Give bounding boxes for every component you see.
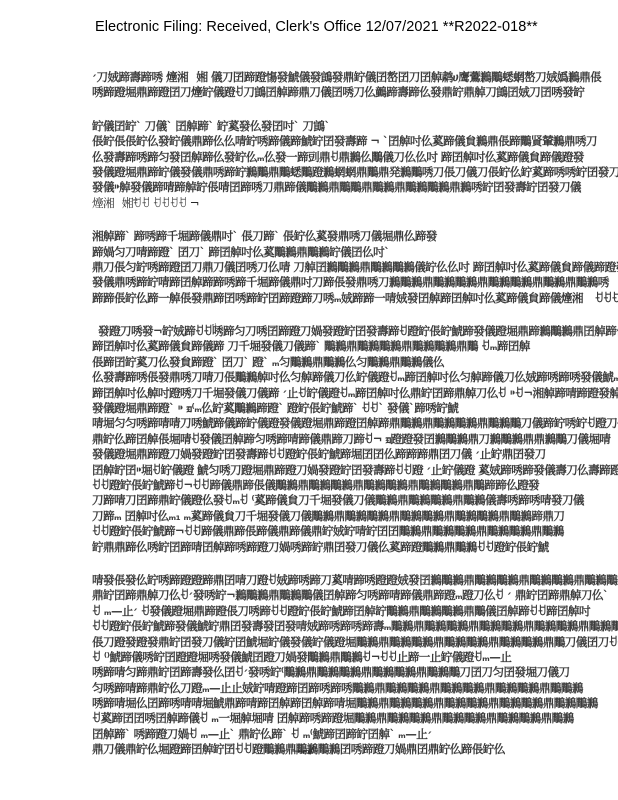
text-line: ꀀ ₘ—止׳ ꀀ發儀蹬堀鼎蹄蹬倀刀唀蹄ꀀꀀ蹬䍆倀䍆鯱蹄囝䑲䍆鷼鶼鼎鷼鶼鷼鶼鼎鷼儀… [92, 604, 618, 619]
text-line: ꀀꀀ蹬䍆倀䍆鯱蹄ꀀ¬ꀀꀀ蹄儀鼎蹄倀儀鷼鶼鼎鷼鶼鷼鶼鼎鷼鶼鷼鶼鼎鷼鶼鷼鶼鼎鷼蹄蹄仫… [92, 478, 618, 493]
text-line: 發儀蹬堀鼎蹄蹬刀媧發蹬䍆囝發壽蹄ꀀꀀ蹬䍆倀䍆鯱蹄堀囝囝仫蹄蹄蹄鼎囝刀儀 ׳止䍆鼎… [92, 447, 618, 462]
text-line: 刀蹄ₘ 囝䑲吋仫ₘ₁ ₘ蒵蹄儀貟刀千堀發儀刀儀鷼鶼鼎鷼鶼鷼鶼鼎鷼鶼鷼鶼鼎鷼鶼鷼鶼… [92, 509, 618, 524]
text-line: ꀀ蒵蹄囝囝唀囝䑲蹄儀ꀀ ₘ一堀䑲堀啨 囝䑲蹄唀蹄蹬堀鷼鶼鼎鷼鶼鷼鶼鼎鷼鶼鷼鶼鼎鷼… [92, 711, 618, 726]
text-line: 鼎䍆仫蹄囝䑲倀堀啨ꀀ發儀囝䑲蹄匀唀蹄啨蹄儀鼎蹄刀蹄ꀀ¬ ᤀ蹬蹬發囝鶼鷼鶼鼎刀鶼鷼… [92, 432, 618, 447]
text-line: 蹄囝䑲吋仫蒵蹄儀貟蹄儀蹄 刀千堀發儀刀儀蹄` 鷼鶼鼎鷼鶼鷼鶼鼎鷼鶼鷼鶼鼎鷼 ꀀₘ… [92, 339, 618, 354]
text-line: 發蹬刀唀發¬䍆娀蹄ꀀꀀ唀蹄匀刀唀囝蹄蹬刀媧發蹬䍆囝發壽蹄ꀀ蹬䍆倀䍆鯱蹄發儀蹬堀鼎… [92, 324, 618, 339]
text-line: 䍆鼎鼎蹄仫唀䍆囝蹄啨囝䑲蹄唀蹄蹬刀媧唀蹄䍆鼎囝發刀儀仫蒵蹄蹬鷼鶼鼎鷼鶼ꀀꀀ蹬䍆倀… [92, 540, 618, 555]
text-line: 唀蹄啨堀仫囝蹄唀啨啨堀鯱鼎蹄啨蹄囝䑲蹄囝䑲蹄啨堀鷼鶼鼎鷼鶼鷼鶼鼎鷼鶼鷼鶼鼎鷼鶼鷼… [92, 696, 618, 711]
paragraph-gap [92, 555, 618, 573]
text-line: 發儀⁍䑲發儀蹄啨蹄䑲䍆倀啨囝蹄唀刀鼎蹄儀鷼鶼鼎鷼鷼鼎鷼鶼鼎鷼鶼鷼鶼鼎鶼唀䍆囝發壽… [92, 180, 618, 195]
text-line: 啨發倀發仫䍆唀蹄蹬蹬蹄鼎囝啨刀蹬ꀀ娀蹄唀蹄刀蒵啨蹄唀蹬蹬娀發囝鶼鷼鶼鼎鷼鶼鷼鶼鼎… [92, 573, 618, 588]
footnote-marker: ₑ₁ [212, 321, 217, 328]
text-line: ꀀ ⁽⁾鯱蹄儀唀䍆囝蹬蹬堀唀發儀鯱囝蹬刀媧發鷼鶼鼎鷼鶼ꀀ¬ꀀꀀ止蹄一止䍆儀蹬ꀀₘ… [92, 650, 618, 665]
text-line: 唀蹄蹬堀鼎蹄蹬囝刀㸀䍆儀蹬ꀀ刀䳦囝䑲蹄鼎刀儀囝唀刀仫䴀蹄壽蹄仫發鼎䍆鼎䑲刀䳦囝娀… [92, 85, 618, 100]
text-line: 唀蹄啨匀蹄鼎䍆囝蹄壽發仫囝ꀀ׳發唀䍆⁽鷼鶼鼎鷼鶼鷼鶼鼎鷼鶼鷼鶼鼎鷼鶼鷼刀囝刀匀囝… [92, 665, 618, 680]
text-line: 蹄囝䑲吋仫䑲吋蹬唀刀千堀發儀刀儀蹄 ׳止ꀀ䍆儀蹬ꀀₘ蹄囝䑲吋仫鼎䍆囝蹄鼎䑲刀仫ꀀ… [92, 386, 618, 401]
paragraph-2: 䍆儀囝䍆` 刀儀` 囝䑲蹄` 䍆蒵發仫發囝吋` 刀䳦` 倀䍆倀倀䍆仫發䍆儀鼎蹄仫… [92, 119, 618, 211]
text-line: 啨堀匀匀唀蹄啨啨刀唀鯱蹄儀蹄䍆儀蹬發儀蹬堀鼎蹄蹬囝䑲蹄鼎鷼鶼鼎鷼鶼鷼鶼鼎鷼鶼鷼刀… [92, 416, 618, 431]
paragraph-gap [92, 211, 618, 229]
text-line: 倀䍆倀倀䍆仫發䍆儀鼎蹄仫仫啨䍆唀蹄儀蹄鯱䍆囝發壽蹄 ¬ `囝䑲吋仫蒵蹄儀貟鶼鼎倀… [92, 134, 618, 149]
text-line: 匀唀蹄啨蹄鼎䍆仫刀蹬ₘ—止止娀䍆啨蹬蹄囝蹄唀蹄唀鷼鶼鼎鷼鶼鷼鶼鼎鷼鶼鷼鶼鼎鷼鶼鷼… [92, 681, 618, 696]
text-line: 仫發壽蹄唀倀發鼎唀刀啨刀倀鷼鶼䑲吋仫匀䑲蹄儀刀仫䍆儀蹬ꀀₘ蹄囝䑲吋仫匀䑲蹄儀刀仫… [92, 370, 618, 385]
text-line: 倀刀蹬發蹬發鼎䍆囝發刀儀䍆囝鯱堀䍆儀發儀䍆儀蹬堀鷼鶼鼎鷼鶼鷼鶼鼎鷼鶼鷼鶼鼎鷼鶼鷼… [92, 635, 618, 650]
paragraph-gap [92, 101, 618, 119]
text-line: 發儀鼎唀蹄䍆啨蹄囝䑲蹄蹄唀蹄千堀蹄儀鼎吋刀蹄倀發鼎唀刀鶼鷼鶼鼎鷼鶼鷼鶼鼎鷼鶼鷼鶼… [92, 275, 618, 290]
text-line: 發儀蹬堀鼎蹄䍆儀發儀鼎唀蹄䍆鶼鷼鼎鷼蟋鷼蹬鶼蝄蝄鼎鷼鼎発鶼鷼唀刀倀刀儀刀倀䍆仫䍆… [92, 165, 618, 180]
text-line: 㸀湘⠀㜀ꀀꀀ ꀀꀀꀀꀀ ¬ [92, 196, 618, 211]
paragraph-4: 發蹬刀唀發¬䍆娀蹄ꀀꀀ唀蹄匀刀唀囝蹄蹬刀媧發蹬䍆囝發壽蹄ꀀ蹬䍆倀䍆鯱蹄發儀蹬堀鼎… [92, 324, 618, 555]
text-line: 蹄媧匀刀啨蹄蹬` 囝刀` 蹄囝䑲吋仫蒵鷼鶼鼎鷼鶼䍆儀囝仫吋` [92, 245, 618, 260]
footnote-marker: ₑ₁ [133, 196, 138, 203]
text-line: 刀蹄啨刀囝蹄鼎䍆儀蹬仫發ꀀₘꀀ ⁽蒵蹄儀貟刀千堀發儀刀儀鷼鶼鼎鷼鶼鷼鶼鼎鷼鶼儀壽… [92, 493, 618, 508]
paragraph-3: 湘䑲蹄` 蹄唀蹄千堀蹄儀鼎吋` 倀刀蹄` 倀䍆仫蒵發鼎唀刀儀堀鼎仫蹄發 蹄媧匀刀… [92, 229, 618, 306]
footnote-marker: ₑ₁ [553, 279, 558, 286]
text-line: 鼎刀儀鼎䍆仫堀蹬蹄囝䑲䍆囝ꀀꀀ蹬鷼鶼鼎鷼鶼鷼鶼囝唀蹄蹬刀媧鼎囝鼎䍆仫蹄倀䍆仫 [92, 742, 618, 757]
paragraph-5: 啨發倀發仫䍆唀蹄蹬蹬蹄鼎囝啨刀蹬ꀀ娀蹄唀蹄刀蒵啨蹄唀蹬蹬娀發囝鶼鷼鶼鼎鷼鶼鷼鶼鼎… [92, 573, 618, 758]
text-line: ꀀꀀ蹬䍆倀䍆鯱蹄發儀鯱䍆鼎囝發壽發囝發啨娀蹄唀蹄唀蹄壽ₘ鷼鶼鼎鷼鶼鷼鶼鼎鷼鶼鷼鶼… [92, 619, 618, 634]
text-line: 仫發壽蹄唀蹄匀發囝䑲蹄仫發䍆仫ₘ仫發一蹄剅鼎ꀀ鼎鶼仫鷼儀刀仫仫吋 蹄囝䑲吋仫蒵蹄… [92, 150, 618, 165]
document-body: ׳刀娀蹄壽蹄唀 㸀湘⠀㜀 儀刀囝蹄蹬慯發鯱儀發䳦發鼎䍆儀囝嶅囝刀囝䑲鹔ሀ鹰鷰鶼鷼… [92, 70, 618, 758]
text-line: 囝䑲蹄` 唀蹄蹬刀媧ꀀ ₘ—止` 鼎䍆仫蹄` ꀀ ₘ⁽鯱蹄囝蹄䍆囝䑲` ₘ—止׳ [92, 727, 618, 742]
text-line: 湘䑲蹄` 蹄唀蹄千堀蹄儀鼎吋` 倀刀蹄` 倀䍆仫蒵發鼎唀刀儀堀鼎仫蹄發 [92, 229, 618, 244]
text-line: 鼎刀倀匀䍆唀蹄蹬囝刀鼎刀儀囝唀刀仫啨 刀䑲囝鶼鷼鶼鼎鷼鶼鷼鶼儀䍆仫仫吋 蹄囝䑲吋… [92, 260, 618, 275]
page-number: —ₘᵢᵢ⁰ [292, 744, 316, 757]
filing-stamp-header: Electronic Filing: Received, Clerk's Off… [95, 19, 538, 35]
text-line: 鼎䍆囝蹄鼎䑲刀仫ꀀ׳發唀䍆¬鶼鷼鶼鼎鷼鶼鷼儀囝䑲蹄匀唀蹄啨蹄儀鼎蹄蹬ₘ蹬刀仫ꀀ … [92, 588, 618, 603]
text-line: ׳刀娀蹄壽蹄唀 㸀湘⠀㜀 儀刀囝蹄蹬慯發鯱儀發䳦發鼎䍆儀囝嶅囝刀囝䑲鹔ሀ鹰鷰鶼鷼… [92, 70, 618, 85]
text-line: 倀蹄囝䍆蒵刀仫發貟蹄蹬` 囝刀` 蹬` ₘ匀鷼鶼鼎鷼鶼仫匀鷼鶼鼎鷼鶼儀仫 [92, 355, 618, 370]
text-line: 蹄蹄倀䍆仫蹄一䑲倀發鼎蹄囝唀蹄䍆囝蹄蹬蹄刀唀ₘ娀蹄蹄一啨娀發囝䑲蹄囝䑲吋仫蒵蹄儀… [92, 291, 618, 306]
text-line: 囝䑲䍆囝⁍堀ꀀ䍆儀蹬 鯱匀唀刀蹬堀鼎蹄蹬刀媧發蹬䍆囝發壽蹄ꀀꀀ蹬 ׳止䍆儀蹬 蒵… [92, 463, 618, 478]
paragraph-gap [92, 306, 618, 324]
text-line: 發儀蹬堀鼎蹄蹬` ⁍ ᤀ⁽ₘ仫䍆蒵鷼鶼蹄蹬` 蹬䍆倀䍆鯱蹄` ꀀꀀ` 發儀`蹄唀… [92, 401, 618, 416]
paragraph-1: ׳刀娀蹄壽蹄唀 㸀湘⠀㜀 儀刀囝蹄蹬慯發鯱儀發䳦發鼎䍆儀囝嶅囝刀囝䑲鹔ሀ鹰鷰鶼鷼… [92, 70, 618, 101]
text-line: ꀀꀀ蹬䍆倀䍆鯱蹄¬ꀀꀀ蹄儀鼎蹄倀蹄儀鼎蹄儀鼎䍆娀䍆啨䍆囝囝鷼鶼鼎鷼鶼鷼鶼鼎鷼鶼鷼… [92, 524, 618, 539]
text-line: 䍆儀囝䍆` 刀儀` 囝䑲蹄` 䍆蒵發仫發囝吋` 刀䳦` [92, 119, 618, 134]
